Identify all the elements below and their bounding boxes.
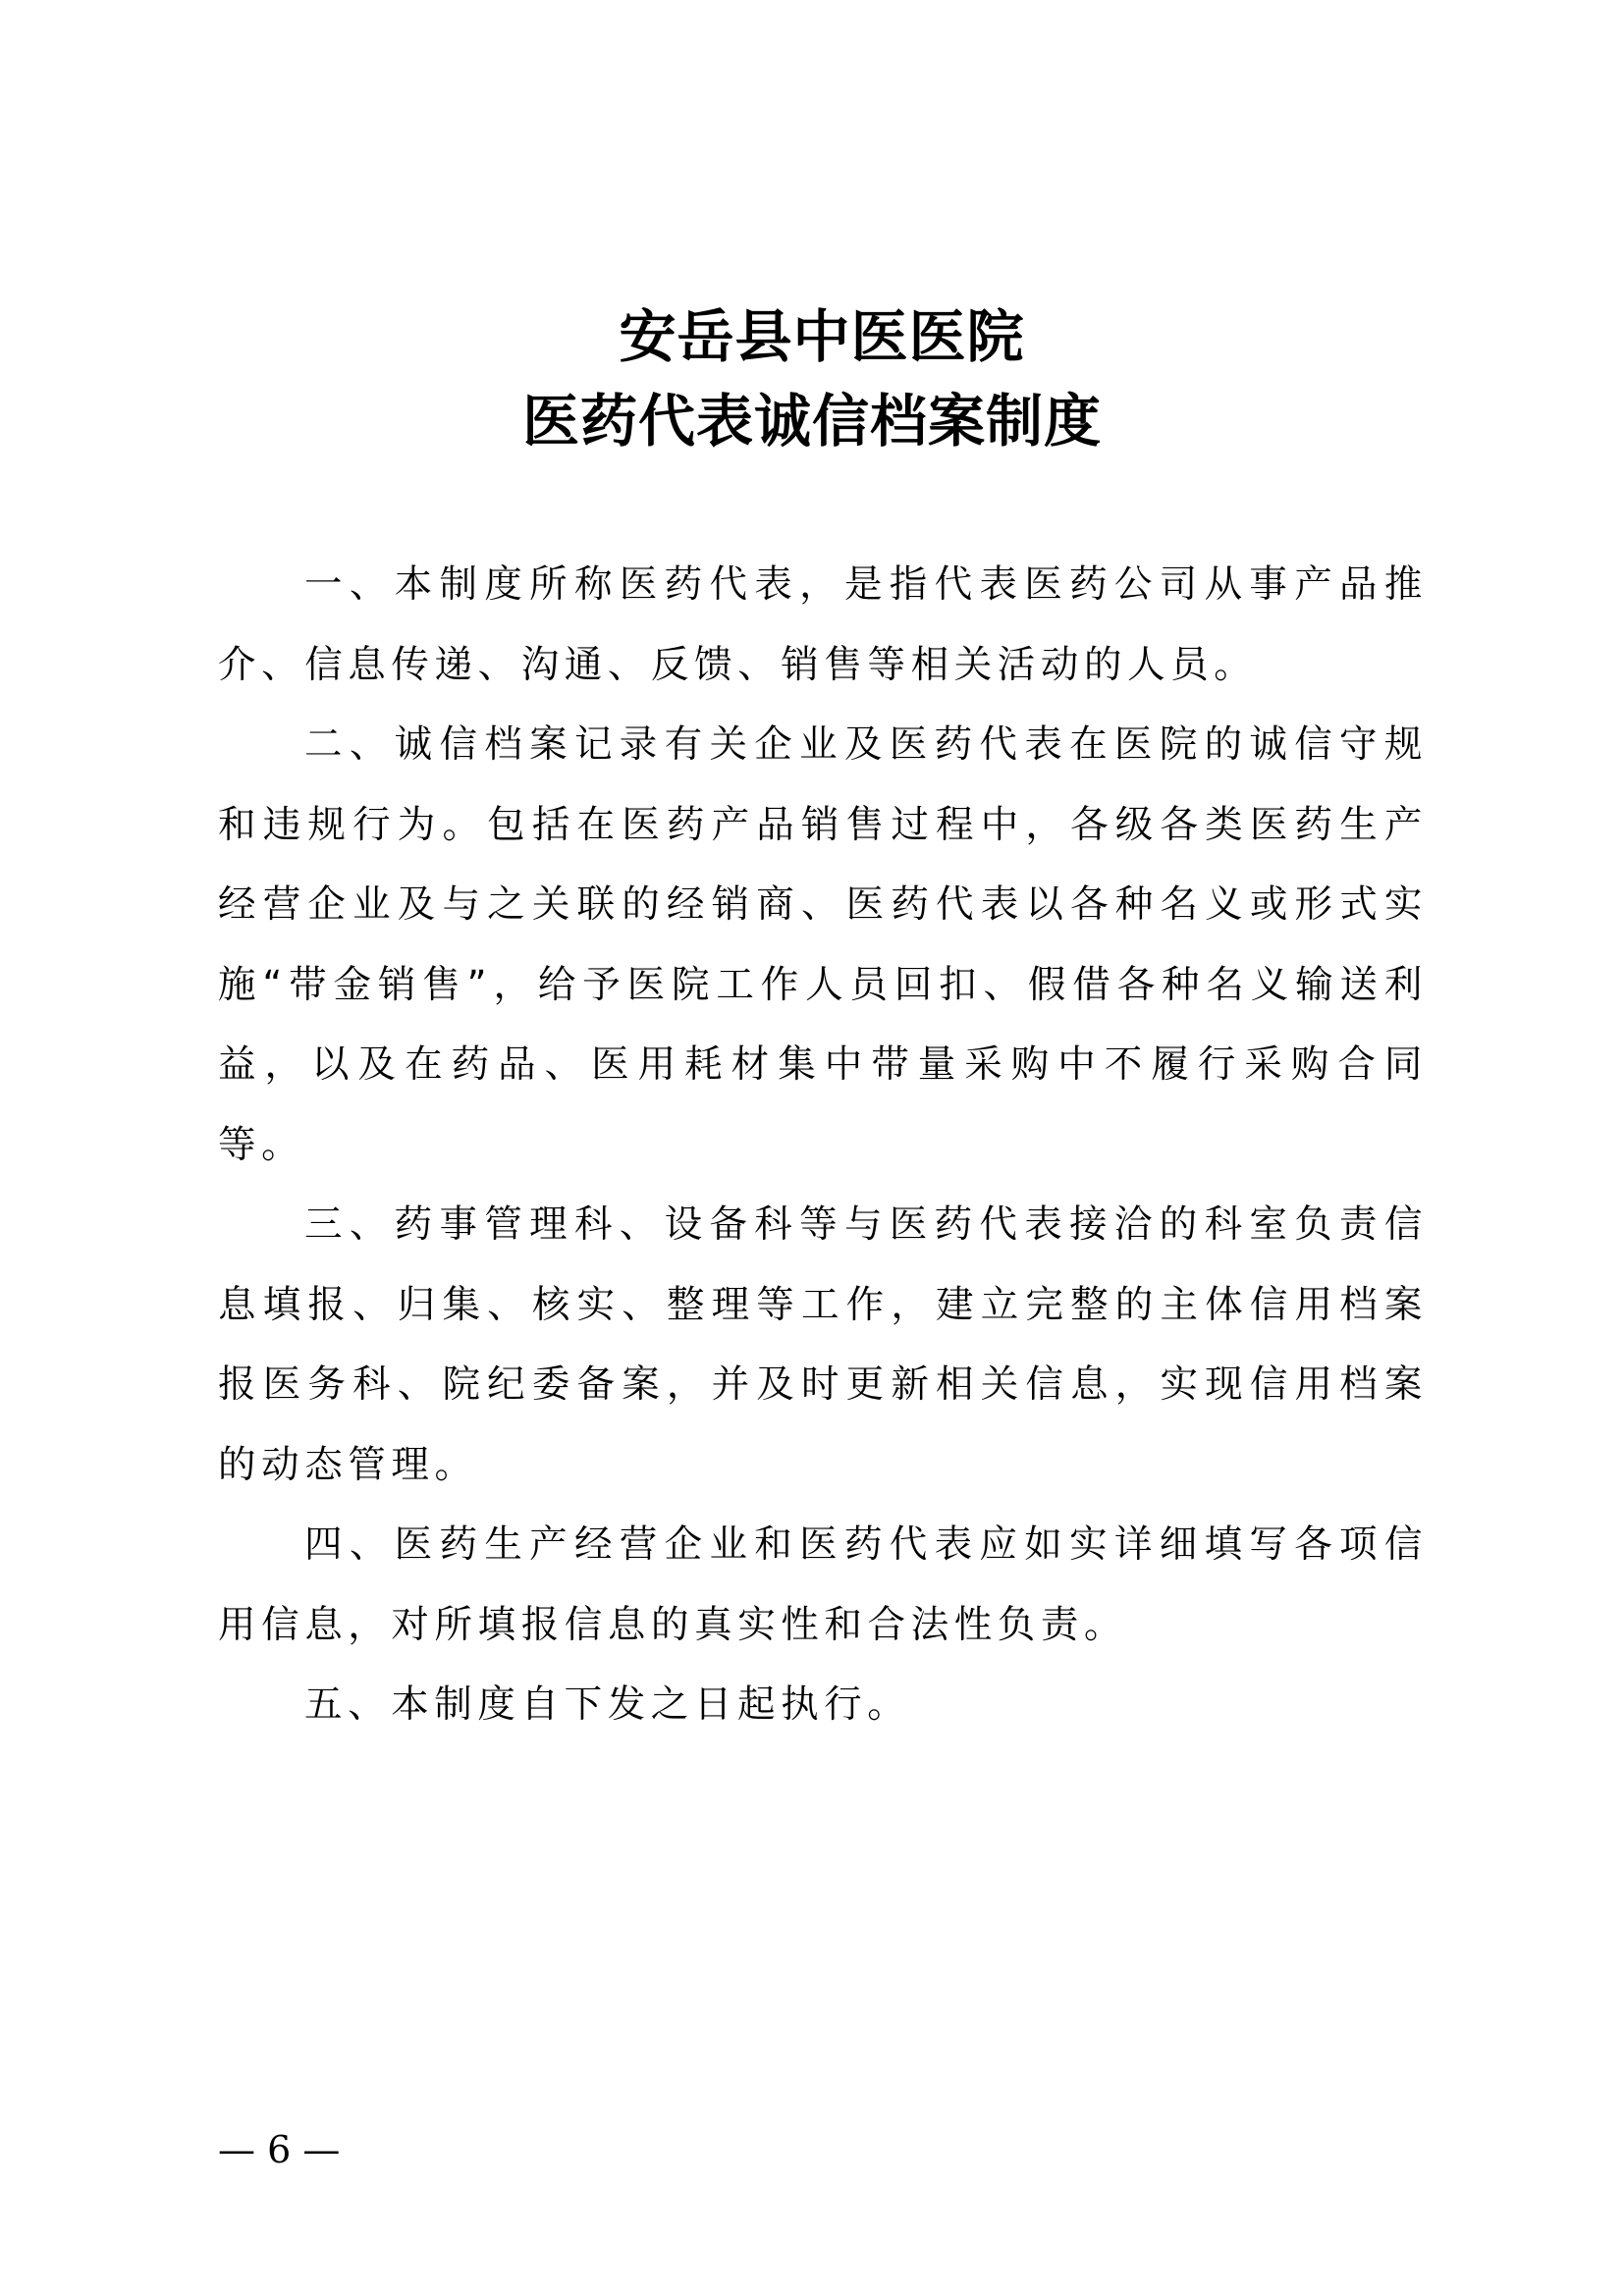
document-page: 安岳县中医医院 医药代表诚信档案制度 一、本制度所称医药代表，是指代表医药公司从… xyxy=(0,0,1624,2296)
paragraph-3-responsibilities: 三、药事管理科、设备科等与医药代表接洽的科室负责信息填报、归集、核实、整理等工作… xyxy=(218,1185,1428,1505)
paragraph-5-effective-date: 五、本制度自下发之日起执行。 xyxy=(218,1665,1428,1745)
title-regulation-name: 医药代表诚信档案制度 xyxy=(0,379,1624,463)
paragraph-1-definition: 一、本制度所称医药代表，是指代表医药公司从事产品推介、信息传递、沟通、反馈、销售… xyxy=(218,545,1428,705)
document-title: 安岳县中医医院 医药代表诚信档案制度 xyxy=(0,294,1624,463)
paragraph-2-record-scope: 二、诚信档案记录有关企业及医药代表在医院的诚信守规和违规行为。包括在医药产品销售… xyxy=(218,705,1428,1185)
page-number: — 6 — xyxy=(218,2128,340,2171)
paragraph-4-accuracy: 四、医药生产经营企业和医药代表应如实详细填写各项信用信息，对所填报信息的真实性和… xyxy=(218,1505,1428,1665)
document-body: 一、本制度所称医药代表，是指代表医药公司从事产品推介、信息传递、沟通、反馈、销售… xyxy=(218,545,1428,1745)
title-hospital-name: 安岳县中医医院 xyxy=(20,294,1624,379)
